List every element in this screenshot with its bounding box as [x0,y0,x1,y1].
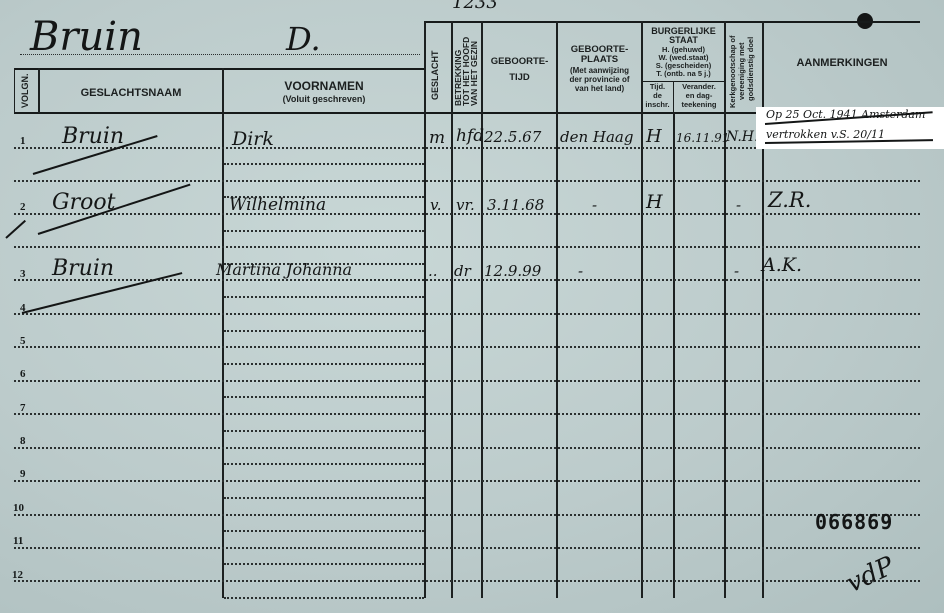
col-header-verander-3: teekening [674,101,724,109]
signature-initials: vdP [842,551,899,599]
col-header-geslachtsnaam: GESLACHTSNAAM [40,88,222,100]
row-number: 7 [20,402,26,414]
row-number: 9 [20,468,26,480]
voornamen-subline [224,330,424,332]
persoonskaart-card: 1233 Bruin D. VOLGN. GESLACHTSNAAM VOORN… [0,0,944,613]
entry-1-geslachtsnaam: Bruin [62,124,124,149]
voornamen-subline [224,497,424,499]
row-line-1b [14,180,920,182]
row-number: 2 [20,201,26,213]
entry-1-geboortetijd: 22.5.67 [484,128,541,146]
entry-1-betrekking: hfd [456,126,484,146]
vline-verander [724,21,726,598]
col-header-volgn: VOLGN. [21,73,30,108]
entry-2-geboorteplaats: - [592,196,597,214]
col-header-voornamen: VOORNAMEN [224,80,424,93]
entry-1-aanmerkingen-line2: vertrokken v.S. 20/11 [766,128,885,141]
row-line-4 [14,313,920,315]
entry-2-betrekking: vr. [456,196,475,214]
row-number: 5 [20,335,26,347]
vline-betrekking [481,21,483,598]
voornamen-subline [224,563,424,565]
vline-geboorteplaats [641,21,643,598]
entry-3-voornamen: Martina Johanna [216,260,352,279]
voornamen-bottom [224,597,424,599]
entry-3-aanmerkingen: A.K. [762,254,802,276]
col-header-tijd-3: inschr. [642,101,673,109]
vline-voornamen [424,21,426,598]
col-header-kerkgenootschap-2: vereeniging met [738,42,746,100]
col-header-geboorteplaats-2: PLAATS [558,55,641,65]
col-header-betrekking-3: VAN HET GEZIN [470,41,479,106]
row-number: 11 [13,535,23,547]
col-header-tijd-1: Tijd. [642,83,673,91]
header-name-line [20,54,420,55]
vline-tijd [673,113,675,598]
row-number: 10 [13,502,24,514]
row-line-9 [14,480,920,482]
col-header-geslacht: GESLACHT [431,51,440,101]
entry-2-strikethrough-tick [5,220,26,239]
row-line-8 [14,447,920,449]
row-line-7 [14,413,920,415]
entry-3-geslacht: .. [428,262,438,280]
col-header-geboortetijd-2: TIJD [483,73,556,83]
col-header-verander-2: en dag- [674,92,724,100]
entry-3-geboorteplaats: - [578,262,583,280]
vline-geboortetijd [556,21,558,598]
entry-2-kerkgenootschap: - [736,196,741,214]
col-header-kerkgenootschap-3: godsdienstig doel [747,37,755,101]
header-initial: D. [286,20,321,58]
col-header-geboortetijd-1: GEBOORTE- [483,57,556,67]
row-number: 12 [12,569,23,581]
row-number: 1 [20,135,26,147]
col-header-burgerlijke-staat-t: T. (ontb. na 5 j.) [643,70,724,78]
vline-volgn [38,68,40,113]
serial-number: 066869 [815,510,893,534]
entry-2-geboortetijd: 3.11.68 [487,196,544,214]
entry-3-kerkgenootschap: - [734,262,739,280]
voornamen-subline [224,296,424,298]
entry-3-geboortetijd: 12.9.99 [484,262,541,280]
col-header-tijd-2: de [642,92,673,100]
vline-volgn-left [14,68,15,113]
entry-1-kerkgenootschap: N.H. [726,129,758,145]
col-header-kerkgenootschap-1: Kerkgenootschap of [729,35,737,108]
voornamen-subline [224,530,424,532]
entry-1-voornamen: Dirk [232,128,274,150]
col-header-aanmerkingen: AANMERKINGEN [764,58,920,70]
entry-2-geslacht: v. [430,196,441,214]
entry-1-geslacht: m [429,128,445,148]
entry-1-verander: 16.11.91 [676,131,729,145]
voornamen-subline [224,463,424,465]
entry-2-voornamen: Wilhelmina [229,195,326,215]
row-number: 8 [20,435,26,447]
row-line-10 [14,514,920,516]
top-rule-right [424,21,920,23]
entry-2-burgerlijke-staat: H [646,191,663,213]
col-header-verander-1: Verander. [674,83,724,91]
row-number: 6 [20,368,26,380]
entry-2-aanmerkingen: Z.R. [768,188,811,212]
row-line-12 [14,580,920,582]
entry-1-geboorteplaats: den Haag [560,128,633,146]
vline-geslacht [451,21,453,598]
voornamen-subline [224,163,424,165]
row-line-11 [14,547,920,549]
row-line-5 [14,346,920,348]
card-number: 1233 [452,0,498,13]
row-line-2b [14,246,920,248]
voornamen-subline [224,396,424,398]
row-number: 3 [20,268,26,280]
voornamen-subline [224,363,424,365]
voornamen-subline [224,430,424,432]
entry-3-geslachtsnaam: Bruin [52,256,114,281]
row-line-6 [14,380,920,382]
voornamen-subline [224,230,424,232]
entry-3-betrekking: dr [454,262,471,280]
col-header-voornamen-sub: (Voluit geschreven) [224,95,424,104]
header-top-rule [14,68,426,70]
col-header-geboorteplaats-sub3: van het land) [558,85,641,93]
entry-1-burgerlijke-staat: H [646,126,662,147]
